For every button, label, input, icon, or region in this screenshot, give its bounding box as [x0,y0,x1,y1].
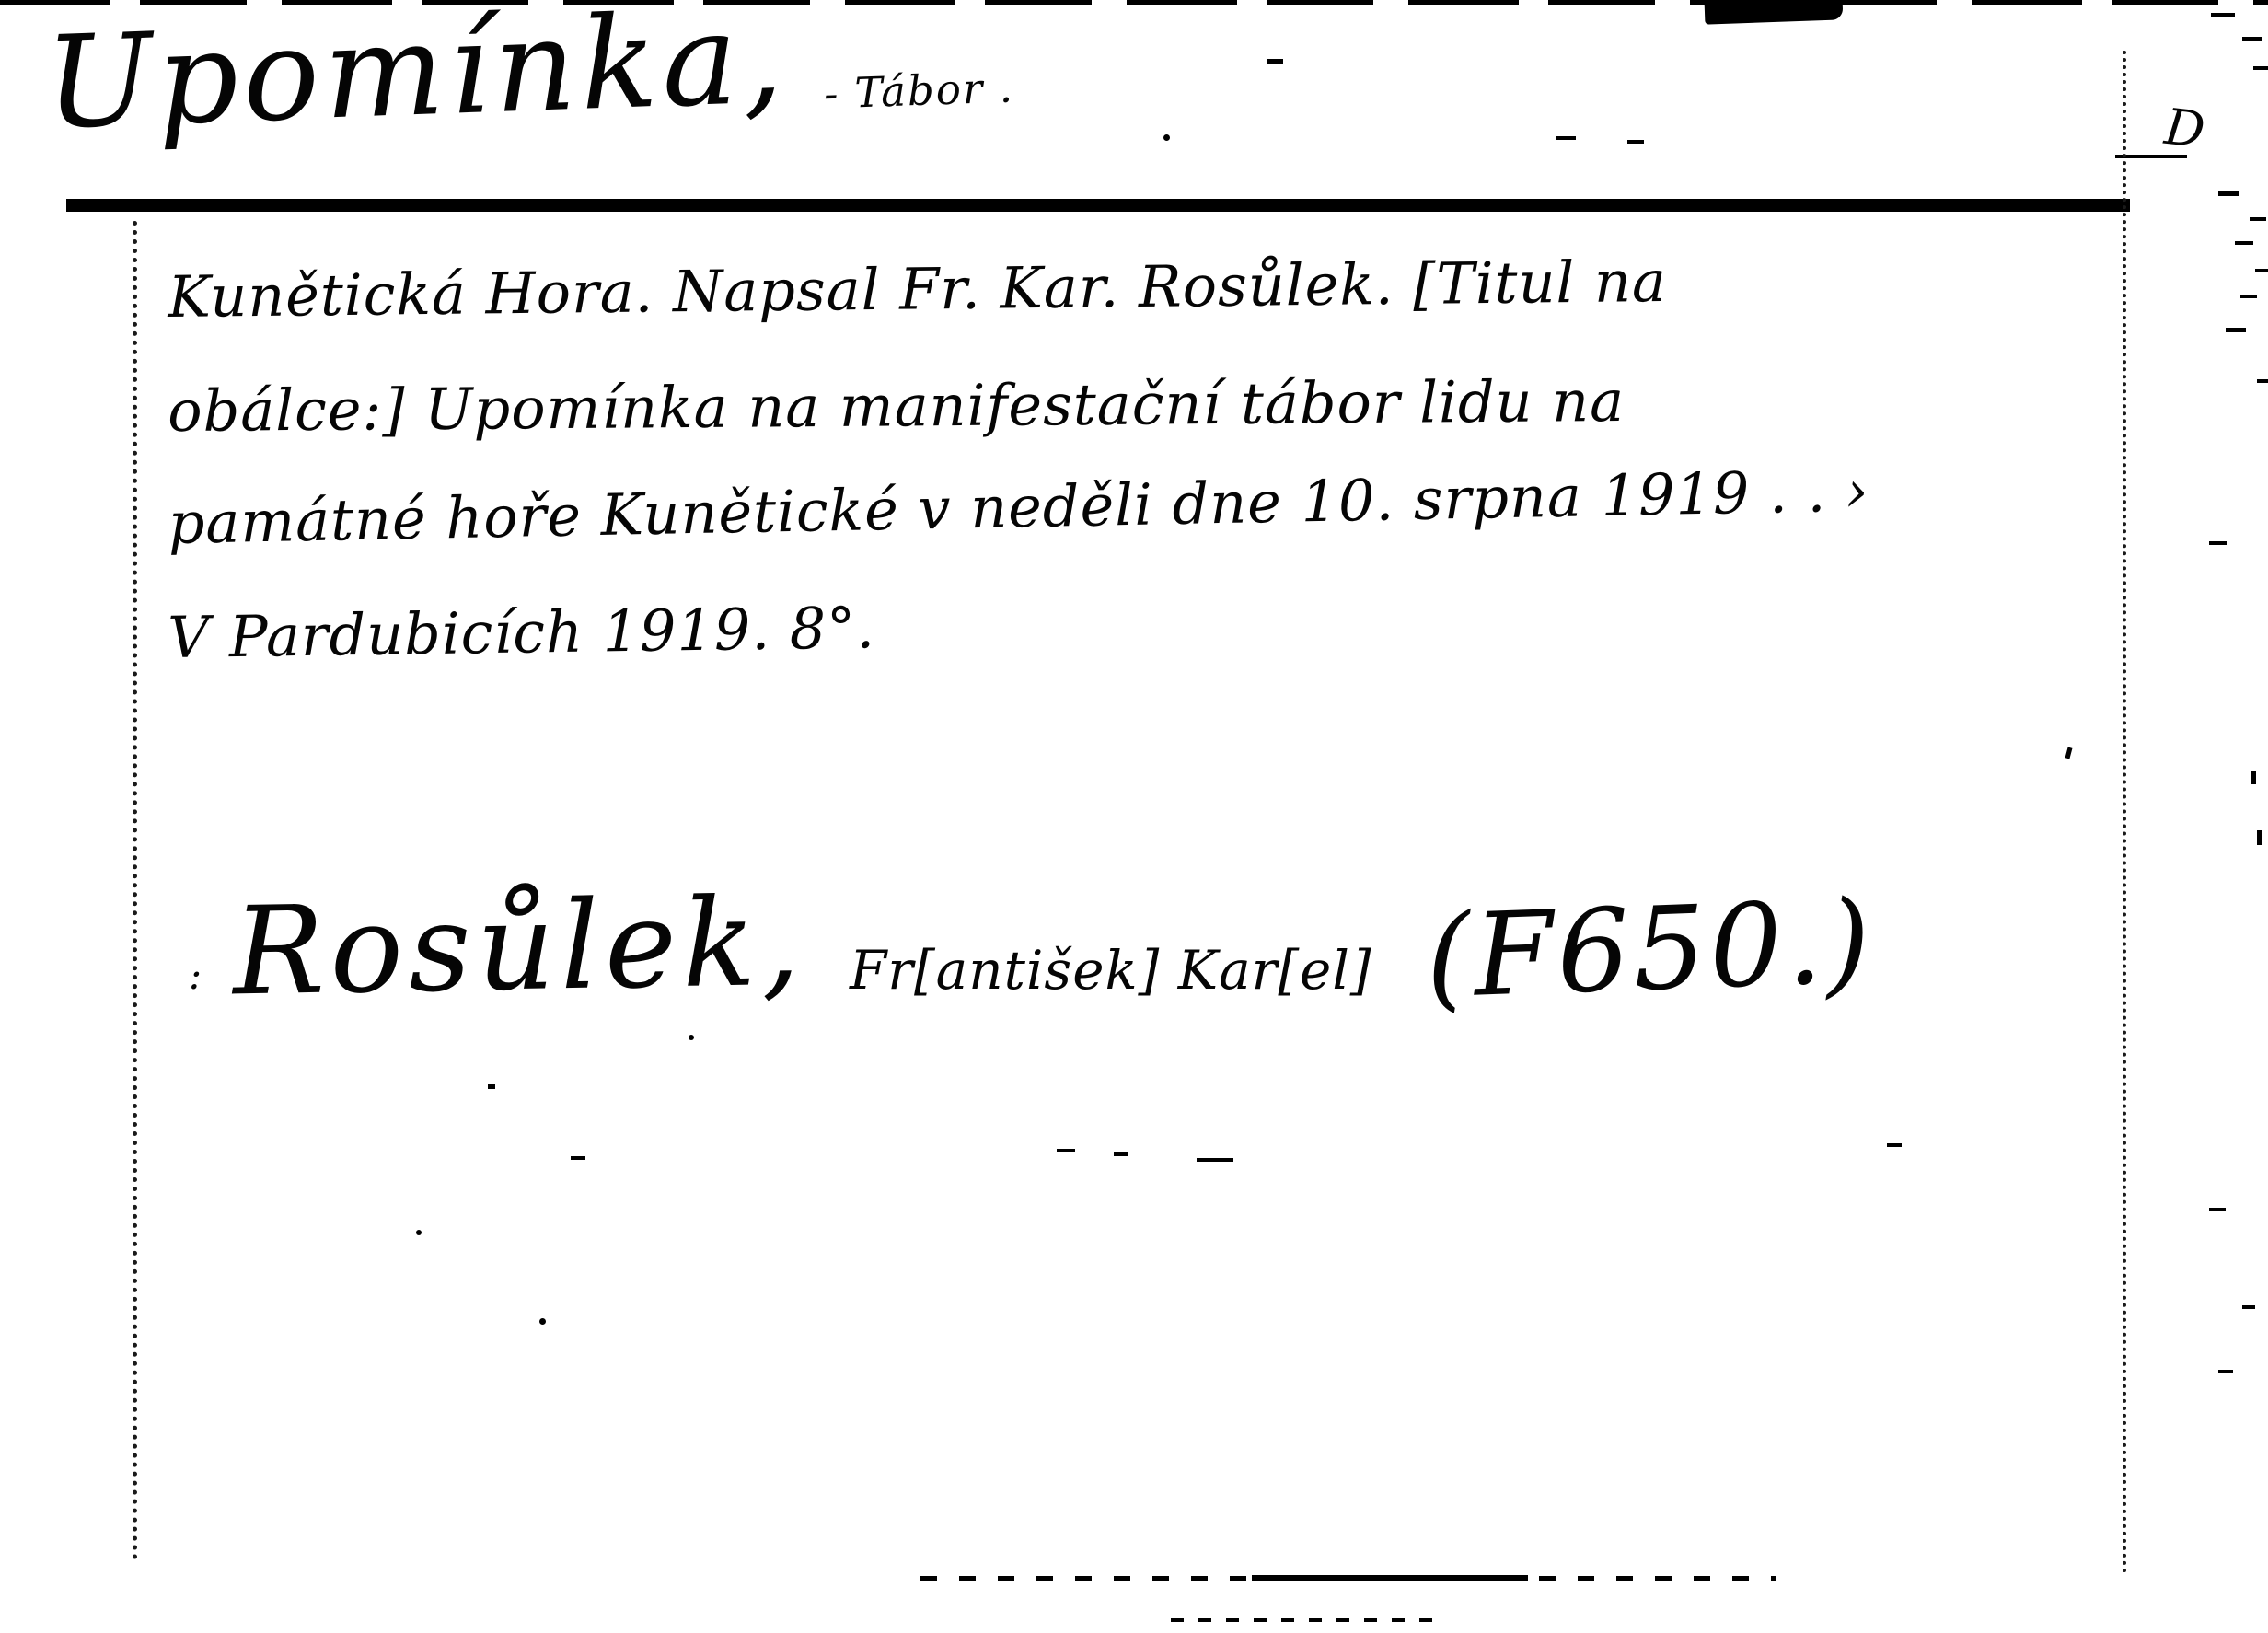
body-line-2: obálce:] Upomínka na manifestační tábor … [168,367,1625,445]
heading-rule [66,199,2130,212]
bottom-short-dashed-line [1171,1618,1438,1622]
bottom-dashed-line-dense [1252,1575,1528,1581]
right-margin-dotted-line [2123,51,2126,1574]
catalog-card-scan: Upomínka, - Tábor . D Kunětická Hora. Na… [0,0,2268,1633]
card-heading-annotation: - Tábor . [823,63,1015,118]
corner-letter-mark: D [2162,98,2208,159]
author-entry: : Rosůlek, Fr[antišek] Kar[el] (F650.) [189,876,1873,1018]
shelfmark: (F650.) [1423,876,1876,1025]
scan-top-blob-noise [1705,0,1844,25]
card-heading: Upomínka, [42,0,789,157]
body-line-3: památné hoře Kunětické v neděli dne 10. … [168,457,1869,557]
author-prefix-mark: : [189,953,202,998]
author-surname: Rosůlek, [232,872,806,1024]
left-margin-dotted-line [133,221,137,1560]
body-line-4: V Pardubicích 1919. 8°. [168,594,875,671]
body-line-1: Kunětická Hora. Napsal Fr. Kar. Rosůlek.… [168,248,1667,330]
author-given-names: Fr[antišek] Kar[el] [850,939,1371,1002]
